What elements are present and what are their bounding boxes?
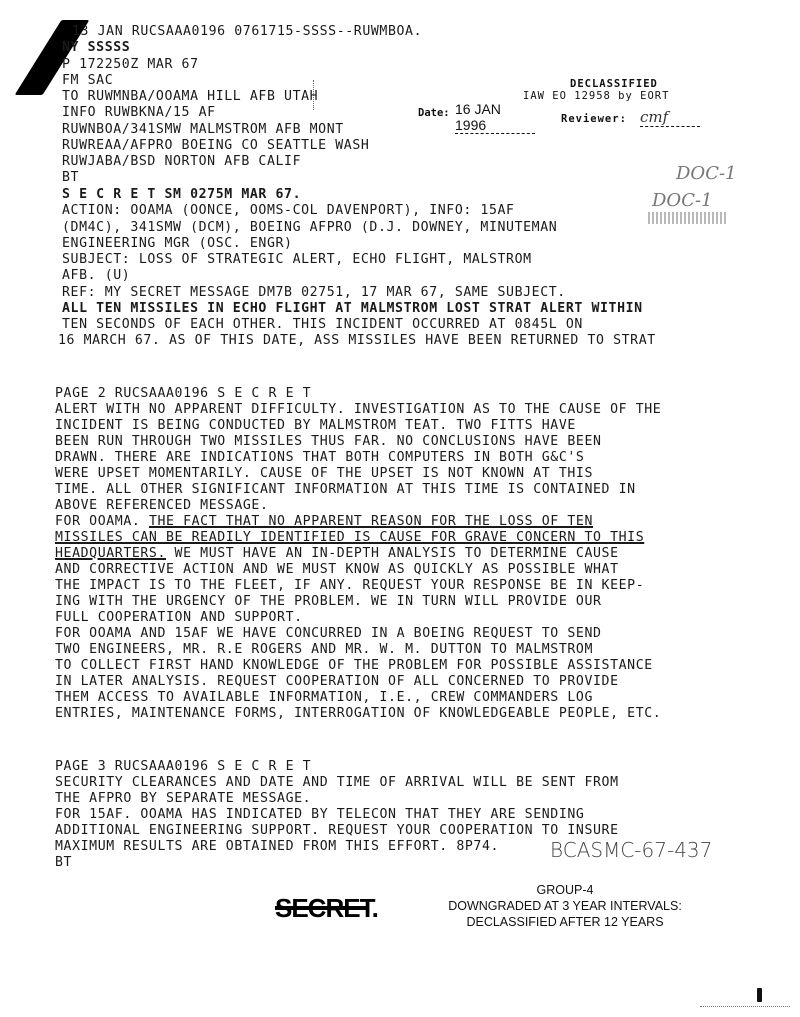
- subject-line: SUBJECT: LOSS OF STRATEGIC ALERT, ECHO F…: [62, 253, 532, 268]
- body-line: SECURITY CLEARANCES AND DATE AND TIME OF…: [55, 776, 619, 791]
- ooama-prefix: FOR OOAMA.: [55, 514, 149, 529]
- body-line: TWO ENGINEERS, MR. R.E ROGERS AND MR. W.…: [55, 643, 593, 658]
- declassified-date-label: Date:: [418, 107, 450, 119]
- body-line: FULL COOPERATION AND SUPPORT.: [55, 611, 303, 626]
- secret-stamp-struck: SECRET.: [275, 893, 378, 924]
- declassified-authority: IAW EO 12958 by EORT: [523, 90, 669, 102]
- header-line: RUWREAA/AFPRO BOEING CO SEATTLE WASH: [62, 139, 369, 154]
- header-line: INFO RUWBKNA/15 AF: [62, 106, 216, 121]
- body-line: TIME. ALL OTHER SIGNIFICANT INFORMATION …: [55, 483, 636, 498]
- body-line: ABOVE REFERENCED MESSAGE.: [55, 499, 269, 514]
- body-line: INCIDENT IS BEING CONDUCTED BY MALMSTROM…: [55, 419, 576, 434]
- group-label: GROUP-4: [430, 882, 700, 898]
- ink-mark: [757, 988, 762, 1002]
- body-line: 16 MARCH 67. AS OF THIS DATE, ASS MISSIL…: [58, 334, 656, 349]
- reviewer-label: Reviewer:: [561, 113, 627, 125]
- page2-header: PAGE 2 RUCSAAA0196 S E C R E T: [55, 387, 311, 402]
- margin-note: DOC-1: [652, 190, 713, 211]
- body-line: THE IMPACT IS TO THE FLEET, IF ANY. REQU…: [55, 579, 644, 594]
- scribble-mark: [648, 212, 728, 224]
- reference-line: REF: MY SECRET MESSAGE DM7B 02751, 17 MA…: [62, 286, 566, 301]
- group-declassification-block: GROUP-4 DOWNGRADED AT 3 YEAR INTERVALS: …: [430, 882, 700, 930]
- body-line: WERE UPSET MOMENTARILY. CAUSE OF THE UPS…: [55, 467, 593, 482]
- underlined-text: MISSILES CAN BE READILY IDENTIFIED IS CA…: [55, 531, 644, 546]
- body-line: ALERT WITH NO APPARENT DIFFICULTY. INVES…: [55, 403, 661, 418]
- margin-note: DOC-1: [676, 163, 737, 184]
- underlined-text: THE FACT THAT NO APPARENT REASON FOR THE…: [149, 514, 593, 529]
- underlined-text: HEADQUARTERS.: [55, 546, 166, 561]
- body-line: FOR OOAMA AND 15AF WE HAVE CONCURRED IN …: [55, 627, 602, 642]
- body-line: MAXIMUM RESULTS ARE OBTAINED FROM THIS E…: [55, 840, 499, 855]
- body-line: TO COLLECT FIRST HAND KNOWLEDGE OF THE P…: [55, 659, 653, 674]
- header-line: P 172250Z MAR 67: [62, 58, 199, 73]
- action-line: (DM4C), 341SMW (DCM), BOEING AFPRO (D.J.…: [62, 221, 557, 236]
- page3-header: PAGE 3 RUCSAAA0196 S E C R E T: [55, 760, 311, 775]
- body-line: THE AFPRO BY SEPARATE MESSAGE.: [55, 792, 311, 807]
- scan-edge-line: [700, 1006, 790, 1007]
- reviewer-signature: cmf: [640, 108, 700, 127]
- body-line: ING WITH THE URGENCY OF THE PROBLEM. WE …: [55, 595, 602, 610]
- header-line: TO RUWMNBA/OOAMA HILL AFB UTAH: [62, 90, 318, 105]
- ooama-rest: WE MUST HAVE AN IN-DEPTH ANALYSIS TO DET…: [166, 546, 619, 561]
- declassified-date-value: 16 JAN 1996: [455, 101, 535, 134]
- declassified-text: DECLASSIFIED AFTER 12 YEARS: [430, 914, 700, 930]
- action-line: ACTION: OOAMA (OONCE, OOMS-COL DAVENPORT…: [62, 204, 515, 219]
- ooama-line: FOR OOAMA. THE FACT THAT NO APPARENT REA…: [55, 515, 593, 530]
- header-line: 13 JAN RUCSAAA0196 0761715-SSSS--RUWMBOA…: [72, 25, 422, 40]
- body-line: AND CORRECTIVE ACTION AND WE MUST KNOW A…: [55, 563, 619, 578]
- classification-line: S E C R E T SM 0275M MAR 67.: [62, 188, 301, 203]
- header-line: NY SSSSS: [62, 41, 130, 56]
- body-line: IN LATER ANALYSIS. REQUEST COOPERATION O…: [55, 675, 619, 690]
- body-line: ADDITIONAL ENGINEERING SUPPORT. REQUEST …: [55, 824, 619, 839]
- header-line: RUWJABA/BSD NORTON AFB CALIF: [62, 155, 301, 170]
- body-line: FOR 15AF. OOAMA HAS INDICATED BY TELECON…: [55, 808, 584, 823]
- declassified-stamp-title: DECLASSIFIED: [570, 78, 658, 90]
- header-line: RUWNBOA/341SMW MALMSTROM AFB MONT: [62, 123, 344, 138]
- handwritten-reference: BCASMC-67-437: [550, 838, 712, 862]
- body-line: ALL TEN MISSILES IN ECHO FLIGHT AT MALMS…: [62, 302, 643, 317]
- action-line: ENGINEERING MGR (OSC. ENGR): [62, 237, 293, 252]
- header-line: FM SAC: [62, 74, 113, 89]
- ooama-line: HEADQUARTERS. WE MUST HAVE AN IN-DEPTH A…: [55, 547, 619, 562]
- subject-line: AFB. (U): [62, 269, 130, 284]
- body-line: TEN SECONDS OF EACH OTHER. THIS INCIDENT…: [62, 318, 583, 333]
- downgraded-text: DOWNGRADED AT 3 YEAR INTERVALS:: [430, 898, 700, 914]
- declassified-teletype-document: 13 JAN RUCSAAA0196 0761715-SSSS--RUWMBOA…: [0, 0, 800, 1017]
- body-line: THEM ACCESS TO AVAILABLE INFORMATION, I.…: [55, 691, 593, 706]
- body-line: DRAWN. THERE ARE INDICATIONS THAT BOTH C…: [55, 451, 584, 466]
- header-line: BT: [62, 171, 79, 186]
- body-line: ENTRIES, MAINTENANCE FORMS, INTERROGATIO…: [55, 707, 661, 722]
- body-line: BEEN RUN THROUGH TWO MISSILES THUS FAR. …: [55, 435, 602, 450]
- body-line: BT: [55, 856, 72, 871]
